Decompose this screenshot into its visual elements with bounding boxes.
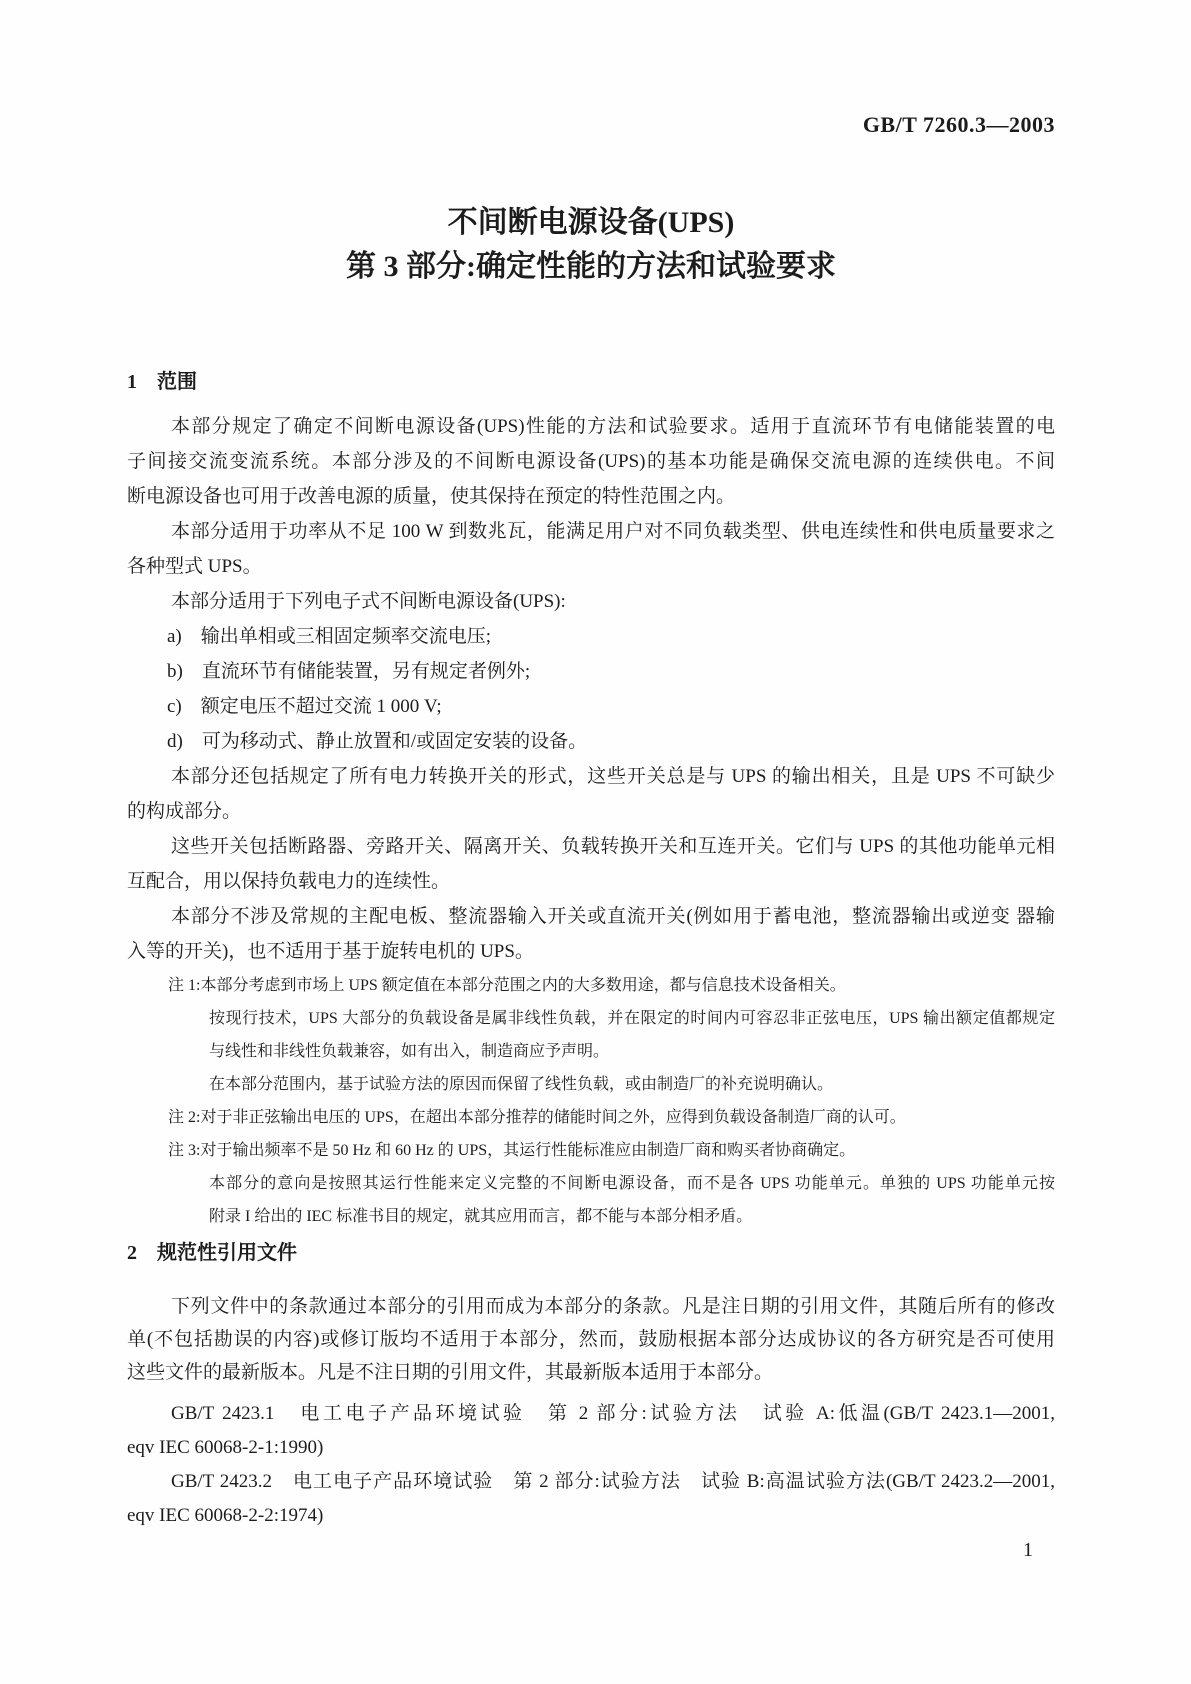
standard-number-header: GB/T 7260.3—2003 bbox=[127, 112, 1055, 138]
document-title-line1: 不间断电源设备(UPS) bbox=[127, 201, 1055, 245]
body-line: 断电源设备也可用于改善电源的质量，使其保持在预定的特性范围之内。 bbox=[127, 479, 1055, 514]
body-line: 本部分适用于功率从不足 100 W 到数兆瓦，能满足用户对不同负载类型、供电连续… bbox=[127, 514, 1055, 549]
body-line: 入等的开关)，也不适用于基于旋转电机的 UPS。 bbox=[127, 934, 1055, 969]
note-line: 与线性和非线性负载兼容，如有出入，制造商应予声明。 bbox=[127, 1035, 1055, 1068]
body-line: 本部分不涉及常规的主配电板、整流器输入开关或直流开关(例如用于蓄电池，整流器输出… bbox=[127, 899, 1055, 934]
note-line: 注 2:对于非正弦输出电压的 UPS，在超出本部分推荐的储能时间之外，应得到负载… bbox=[127, 1101, 1055, 1134]
section-1-body: 本部分规定了确定不间断电源设备(UPS)性能的方法和试验要求。适用于直流环节有电… bbox=[127, 409, 1055, 969]
body-line: 的构成部分。 bbox=[127, 794, 1055, 829]
list-item-a: a) 输出单相或三相固定频率交流电压; bbox=[127, 619, 1055, 654]
list-item-c: c) 额定电压不超过交流 1 000 V; bbox=[127, 689, 1055, 724]
section-1-notes: 注 1:本部分考虑到市场上 UPS 额定值在本部分范围之内的大多数用途，都与信息… bbox=[127, 969, 1055, 1233]
document-page: GB/T 7260.3—2003 不间断电源设备(UPS) 第 3 部分:确定性… bbox=[0, 0, 1191, 1684]
body-line: 下列文件中的条款通过本部分的引用而成为本部分的条款。凡是注日期的引用文件，其随后… bbox=[127, 1290, 1055, 1323]
body-line: 各种型式 UPS。 bbox=[127, 549, 1055, 584]
reference-line: GB/T 2423.2 电工电子产品环境试验 第 2 部分:试验方法 试验 B:… bbox=[127, 1465, 1055, 1499]
body-line: 互配合，用以保持负载电力的连续性。 bbox=[127, 864, 1055, 899]
note-line: 按现行技术，UPS 大部分的负载设备是属非线性负载，并在限定的时间内可容忍非正弦… bbox=[127, 1002, 1055, 1035]
note-line: 在本部分范围内，基于试验方法的原因而保留了线性负载，或由制造厂的补充说明确认。 bbox=[127, 1068, 1055, 1101]
document-title-line2: 第 3 部分:确定性能的方法和试验要求 bbox=[127, 245, 1055, 289]
section-1-label: 范围 bbox=[157, 371, 197, 393]
body-line: 这些开关包括断路器、旁路开关、隔离开关、负载转换开关和互连开关。它们与 UPS … bbox=[127, 829, 1055, 864]
list-item-b: b) 直流环节有储能装置，另有规定者例外; bbox=[127, 654, 1055, 689]
list-item-d: d) 可为移动式、静止放置和/或固定安装的设备。 bbox=[127, 724, 1055, 759]
reference-line: eqv IEC 60068-2-2:1974) bbox=[127, 1499, 1055, 1533]
body-line: 本部分规定了确定不间断电源设备(UPS)性能的方法和试验要求。适用于直流环节有电… bbox=[127, 409, 1055, 444]
body-line: 这些文件的最新版本。凡是不注日期的引用文件，其最新版本适用于本部分。 bbox=[127, 1356, 1055, 1389]
section-1-number: 1 bbox=[127, 370, 137, 394]
body-line: 本部分还包括规定了所有电力转换开关的形式，这些开关总是与 UPS 的输出相关，且… bbox=[127, 759, 1055, 794]
document-title: 不间断电源设备(UPS) 第 3 部分:确定性能的方法和试验要求 bbox=[127, 201, 1055, 289]
note-line: 附录 I 给出的 IEC 标准书目的规定，就其应用而言，都不能与本部分相矛盾。 bbox=[127, 1200, 1055, 1233]
reference-line: eqv IEC 60068-2-1:1990) bbox=[127, 1431, 1055, 1465]
section-2-label: 规范性引用文件 bbox=[157, 1242, 297, 1264]
section-2-number: 2 bbox=[127, 1241, 137, 1265]
body-line: 本部分适用于下列电子式不间断电源设备(UPS): bbox=[127, 584, 1055, 619]
reference-line: GB/T 2423.1 电工电子产品环境试验 第 2 部分:试验方法 试验 A:… bbox=[127, 1397, 1055, 1431]
note-line: 本部分的意向是按照其运行性能来定义完整的不间断电源设备，而不是各 UPS 功能单… bbox=[127, 1167, 1055, 1200]
section-2-body: 下列文件中的条款通过本部分的引用而成为本部分的条款。凡是注日期的引用文件，其随后… bbox=[127, 1290, 1055, 1389]
page-number: 1 bbox=[127, 1538, 1055, 1562]
note-line: 注 3:对于输出频率不是 50 Hz 和 60 Hz 的 UPS，其运行性能标准… bbox=[127, 1134, 1055, 1167]
section-2-heading: 2规范性引用文件 bbox=[127, 1241, 1055, 1265]
normative-references: GB/T 2423.1 电工电子产品环境试验 第 2 部分:试验方法 试验 A:… bbox=[127, 1397, 1055, 1533]
body-line: 子间接交流变流系统。本部分涉及的不间断电源设备(UPS)的基本功能是确保交流电源… bbox=[127, 444, 1055, 479]
section-1-heading: 1范围 bbox=[127, 370, 1055, 394]
body-line: 单(不包括勘误的内容)或修订版均不适用于本部分，然而，鼓励根据本部分达成协议的各… bbox=[127, 1323, 1055, 1356]
note-line: 注 1:本部分考虑到市场上 UPS 额定值在本部分范围之内的大多数用途，都与信息… bbox=[127, 969, 1055, 1002]
